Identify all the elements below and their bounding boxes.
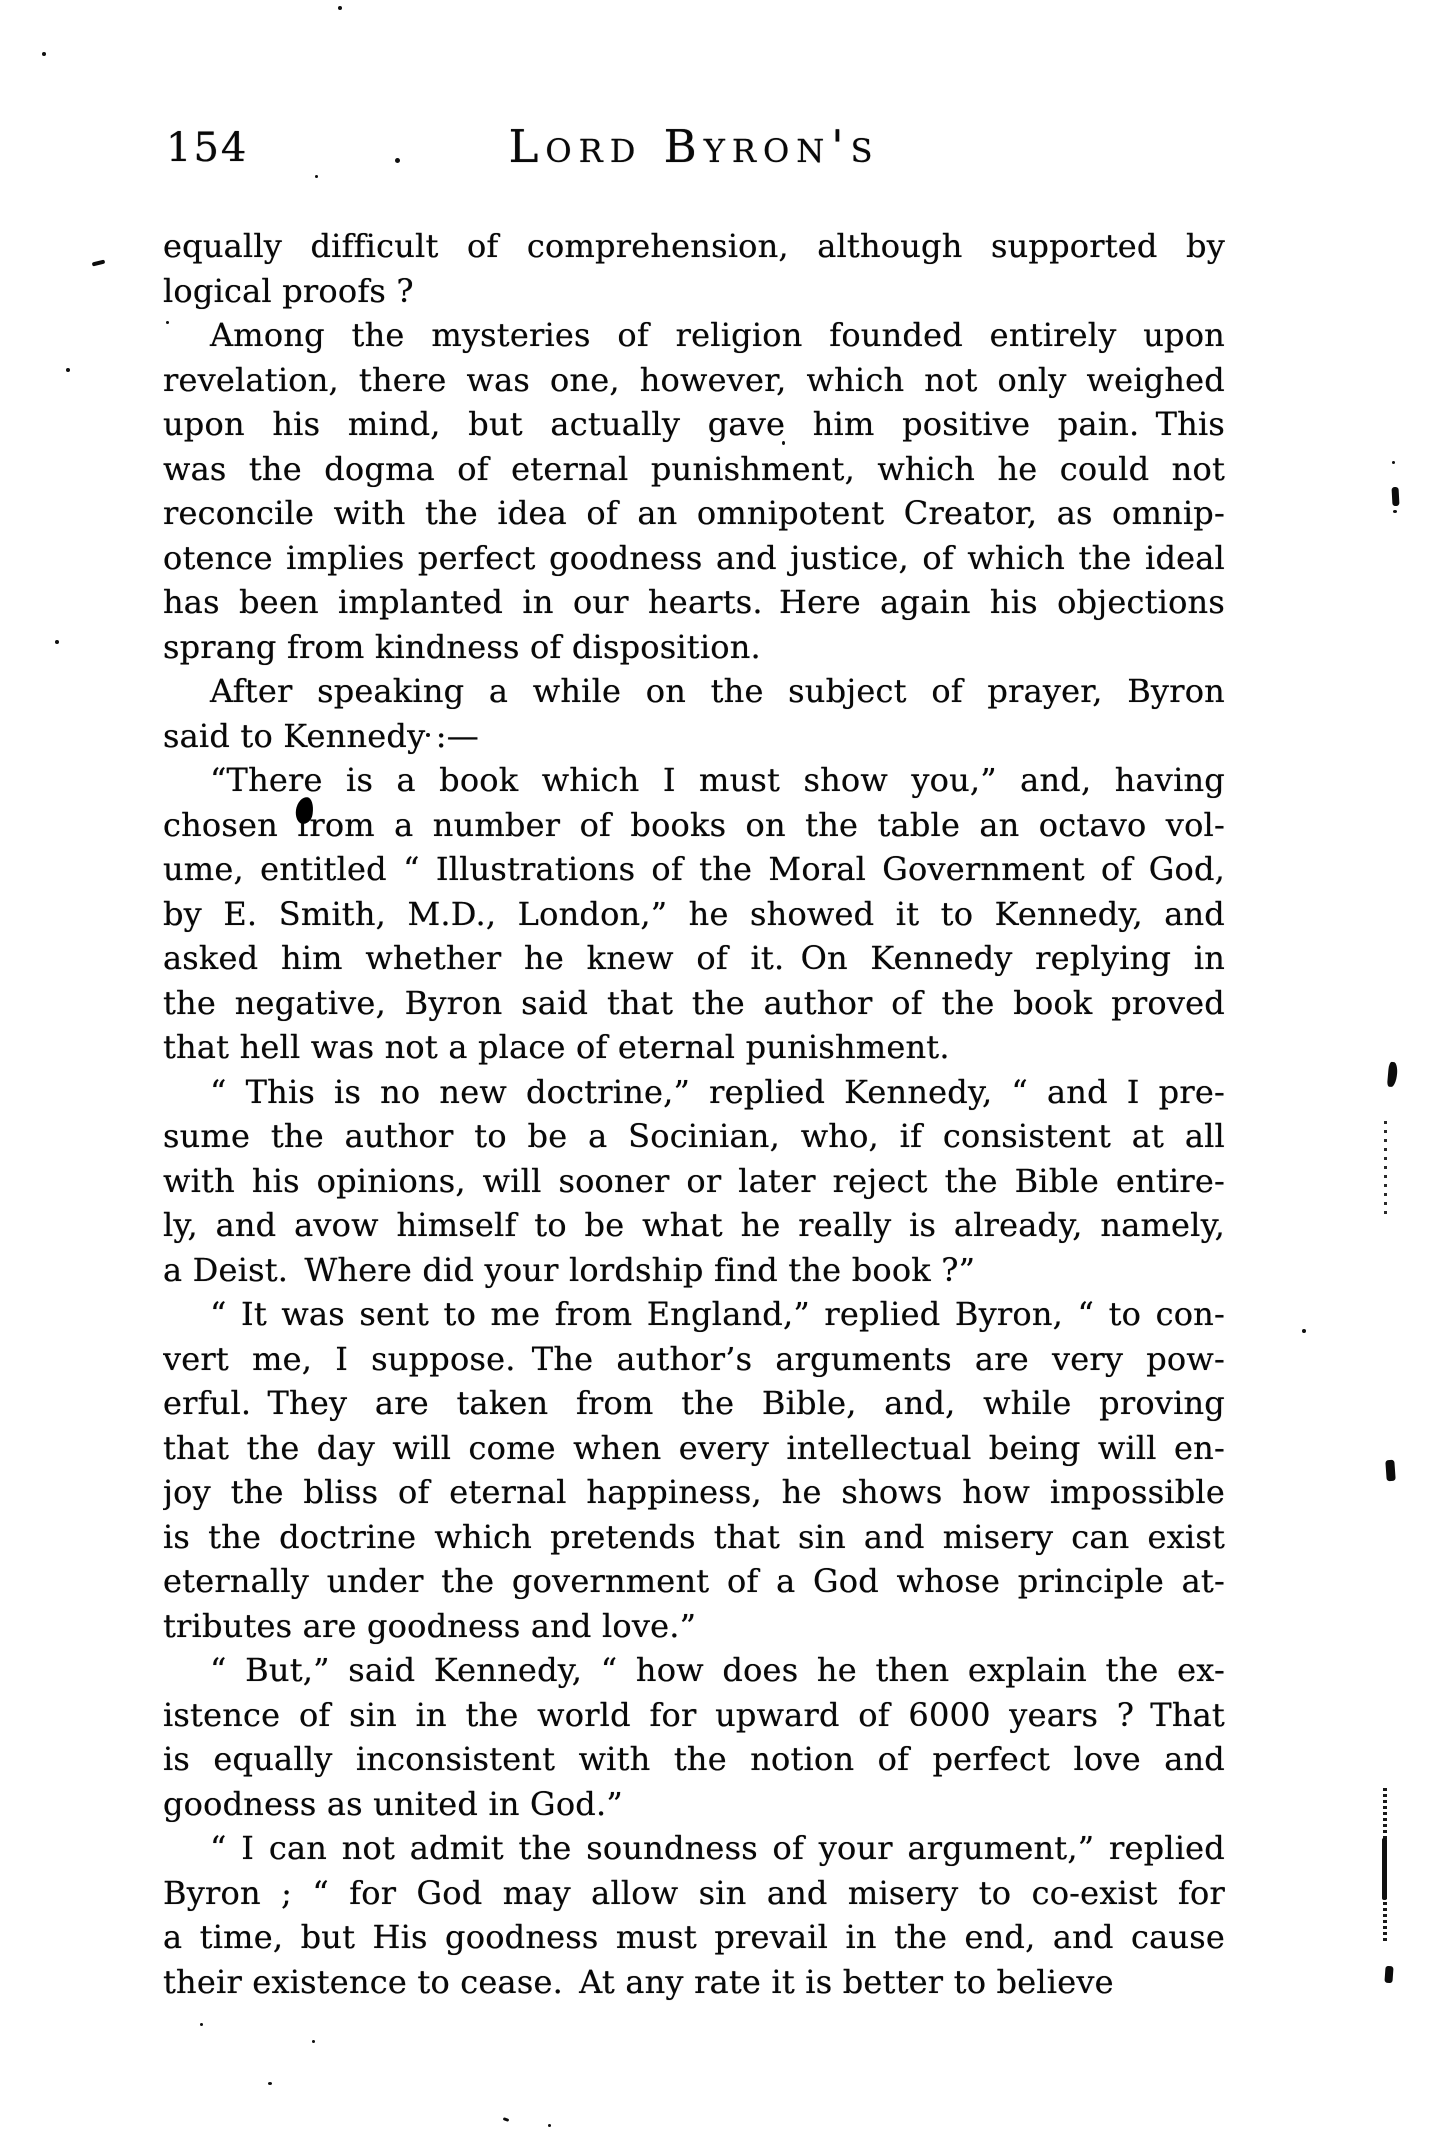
text-line: is the doctrine which pretends that sin … [163,1515,1225,1560]
text-line: logical proofs ? [163,269,1225,314]
margin-mark [1385,1460,1395,1482]
text-line: asked him whether he knew of it. On Kenn… [163,936,1225,981]
text-line: Byron ; “ for God may allow sin and mise… [163,1871,1225,1916]
text-line: joy the bliss of eternal happiness, he s… [163,1470,1225,1515]
scan-speck [315,175,318,178]
scan-speck [426,733,430,737]
scan-speck [1392,461,1395,464]
text-line: “There is a book which I must show you,”… [163,758,1225,803]
text-line: upon his mind, but actually gave him pos… [163,402,1225,447]
margin-mark [1384,1966,1393,1984]
text-line: eternally under the government of a God … [163,1559,1225,1604]
text-line: has been implanted in our hearts. Here a… [163,580,1225,625]
text-line: by E. Smith, M.D., London,” he showed it… [163,892,1225,937]
text-line: ly, and avow himself to be what he reall… [163,1203,1225,1248]
scan-speck [548,2124,551,2127]
text-line: a Deist. Where did your lordship find th… [163,1248,1225,1293]
scan-speck [268,2082,272,2085]
text-line: sprang from kindness of disposition. [163,625,1225,670]
text-line: goodness as united in God.” [163,1782,1225,1827]
text-line: equally difficult of comprehension, alth… [163,224,1225,269]
text-line: istence of sin in the world for upward o… [163,1693,1225,1738]
scan-speck [166,321,169,324]
scan-speck [1393,510,1397,513]
text-line: vert me, I suppose. The author’s argumen… [163,1337,1225,1382]
text-line: Among the mysteries of religion founded … [163,313,1225,358]
scan-speck [782,441,785,445]
scan-speck [200,2023,203,2026]
text-line: After speaking a while on the subject of… [163,669,1225,714]
text-line: “ I can not admit the soundness of your … [163,1826,1225,1871]
text-line: tributes are goodness and love.” [163,1604,1225,1649]
text-line: “ This is no new doctrine,” replied Kenn… [163,1070,1225,1115]
text-line: is equally inconsistent with the notion … [163,1737,1225,1782]
text-line: revelation, there was one, however, whic… [163,358,1225,403]
running-title: Lord Byron's [163,124,1225,169]
margin-speckle-core [1382,1838,1387,1900]
scan-speck [503,2117,510,2122]
scan-speck [42,52,46,56]
text-line: was the dogma of eternal punishment, whi… [163,447,1225,492]
margin-mark [1392,487,1400,506]
text-line: that hell was not a place of eternal pun… [163,1025,1225,1070]
margin-dotted-line [1384,1121,1387,1215]
text-line: sume the author to be a Socinian, who, i… [163,1114,1225,1159]
text-line: chosen from a number of books on the tab… [163,803,1225,848]
text-line: erful. They are taken from the Bible, an… [163,1381,1225,1426]
text-block: equally difficult of comprehension, alth… [163,224,1225,2004]
text-line: with his opinions, will sooner or later … [163,1159,1225,1204]
scan-speck [338,6,342,10]
scan-speck [55,640,59,644]
text-line: otence implies perfect goodness and just… [163,536,1225,581]
text-line: that the day will come when every intell… [163,1426,1225,1471]
text-line: said to Kennedy :— [163,714,1225,759]
scan-speck [312,2040,315,2043]
text-line: “ But,” said Kennedy, “ how does he then… [163,1648,1225,1693]
text-line: the negative, Byron said that the author… [163,981,1225,1026]
text-line: “ It was sent to me from England,” repli… [163,1292,1225,1337]
margin-mark [1387,1062,1398,1088]
scan-speck [1302,1329,1306,1333]
margin-dash [92,259,106,266]
scan-speck [395,158,400,163]
text-line: a time, but His goodness must prevail in… [163,1915,1225,1960]
text-line: reconcile with the idea of an omnipotent… [163,491,1225,536]
text-line: ume, entitled “ Illustrations of the Mor… [163,847,1225,892]
book-page-scan: 154 Lord Byron's equally difficult of co… [0,0,1434,2151]
scan-speck [66,368,70,372]
text-line: their existence to cease. At any rate it… [163,1960,1225,2005]
